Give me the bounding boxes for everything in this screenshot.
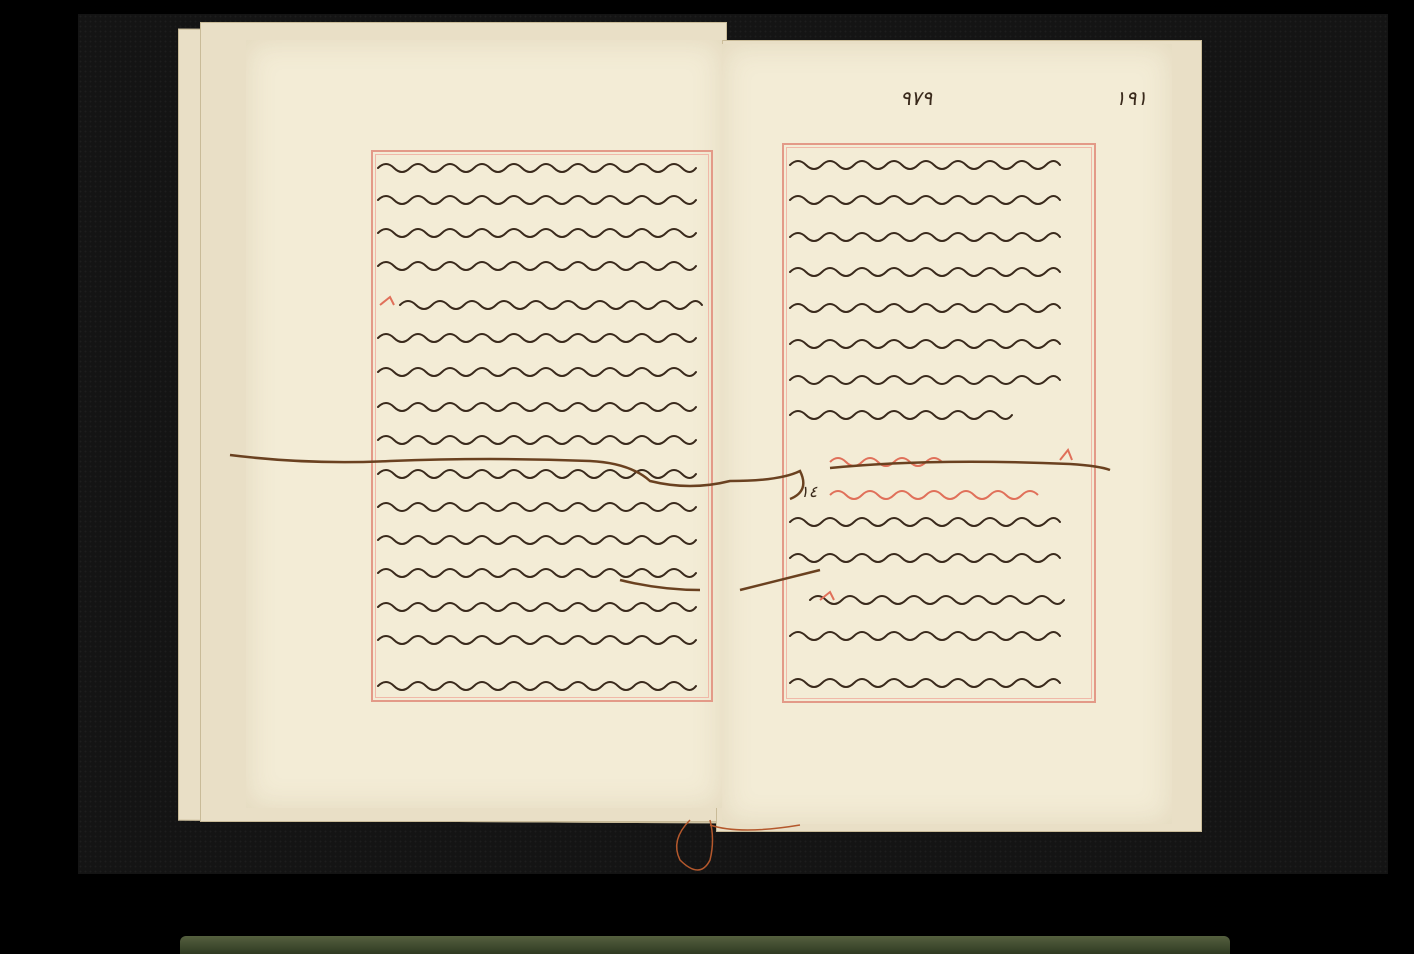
left-page-text: [0, 0, 1414, 954]
